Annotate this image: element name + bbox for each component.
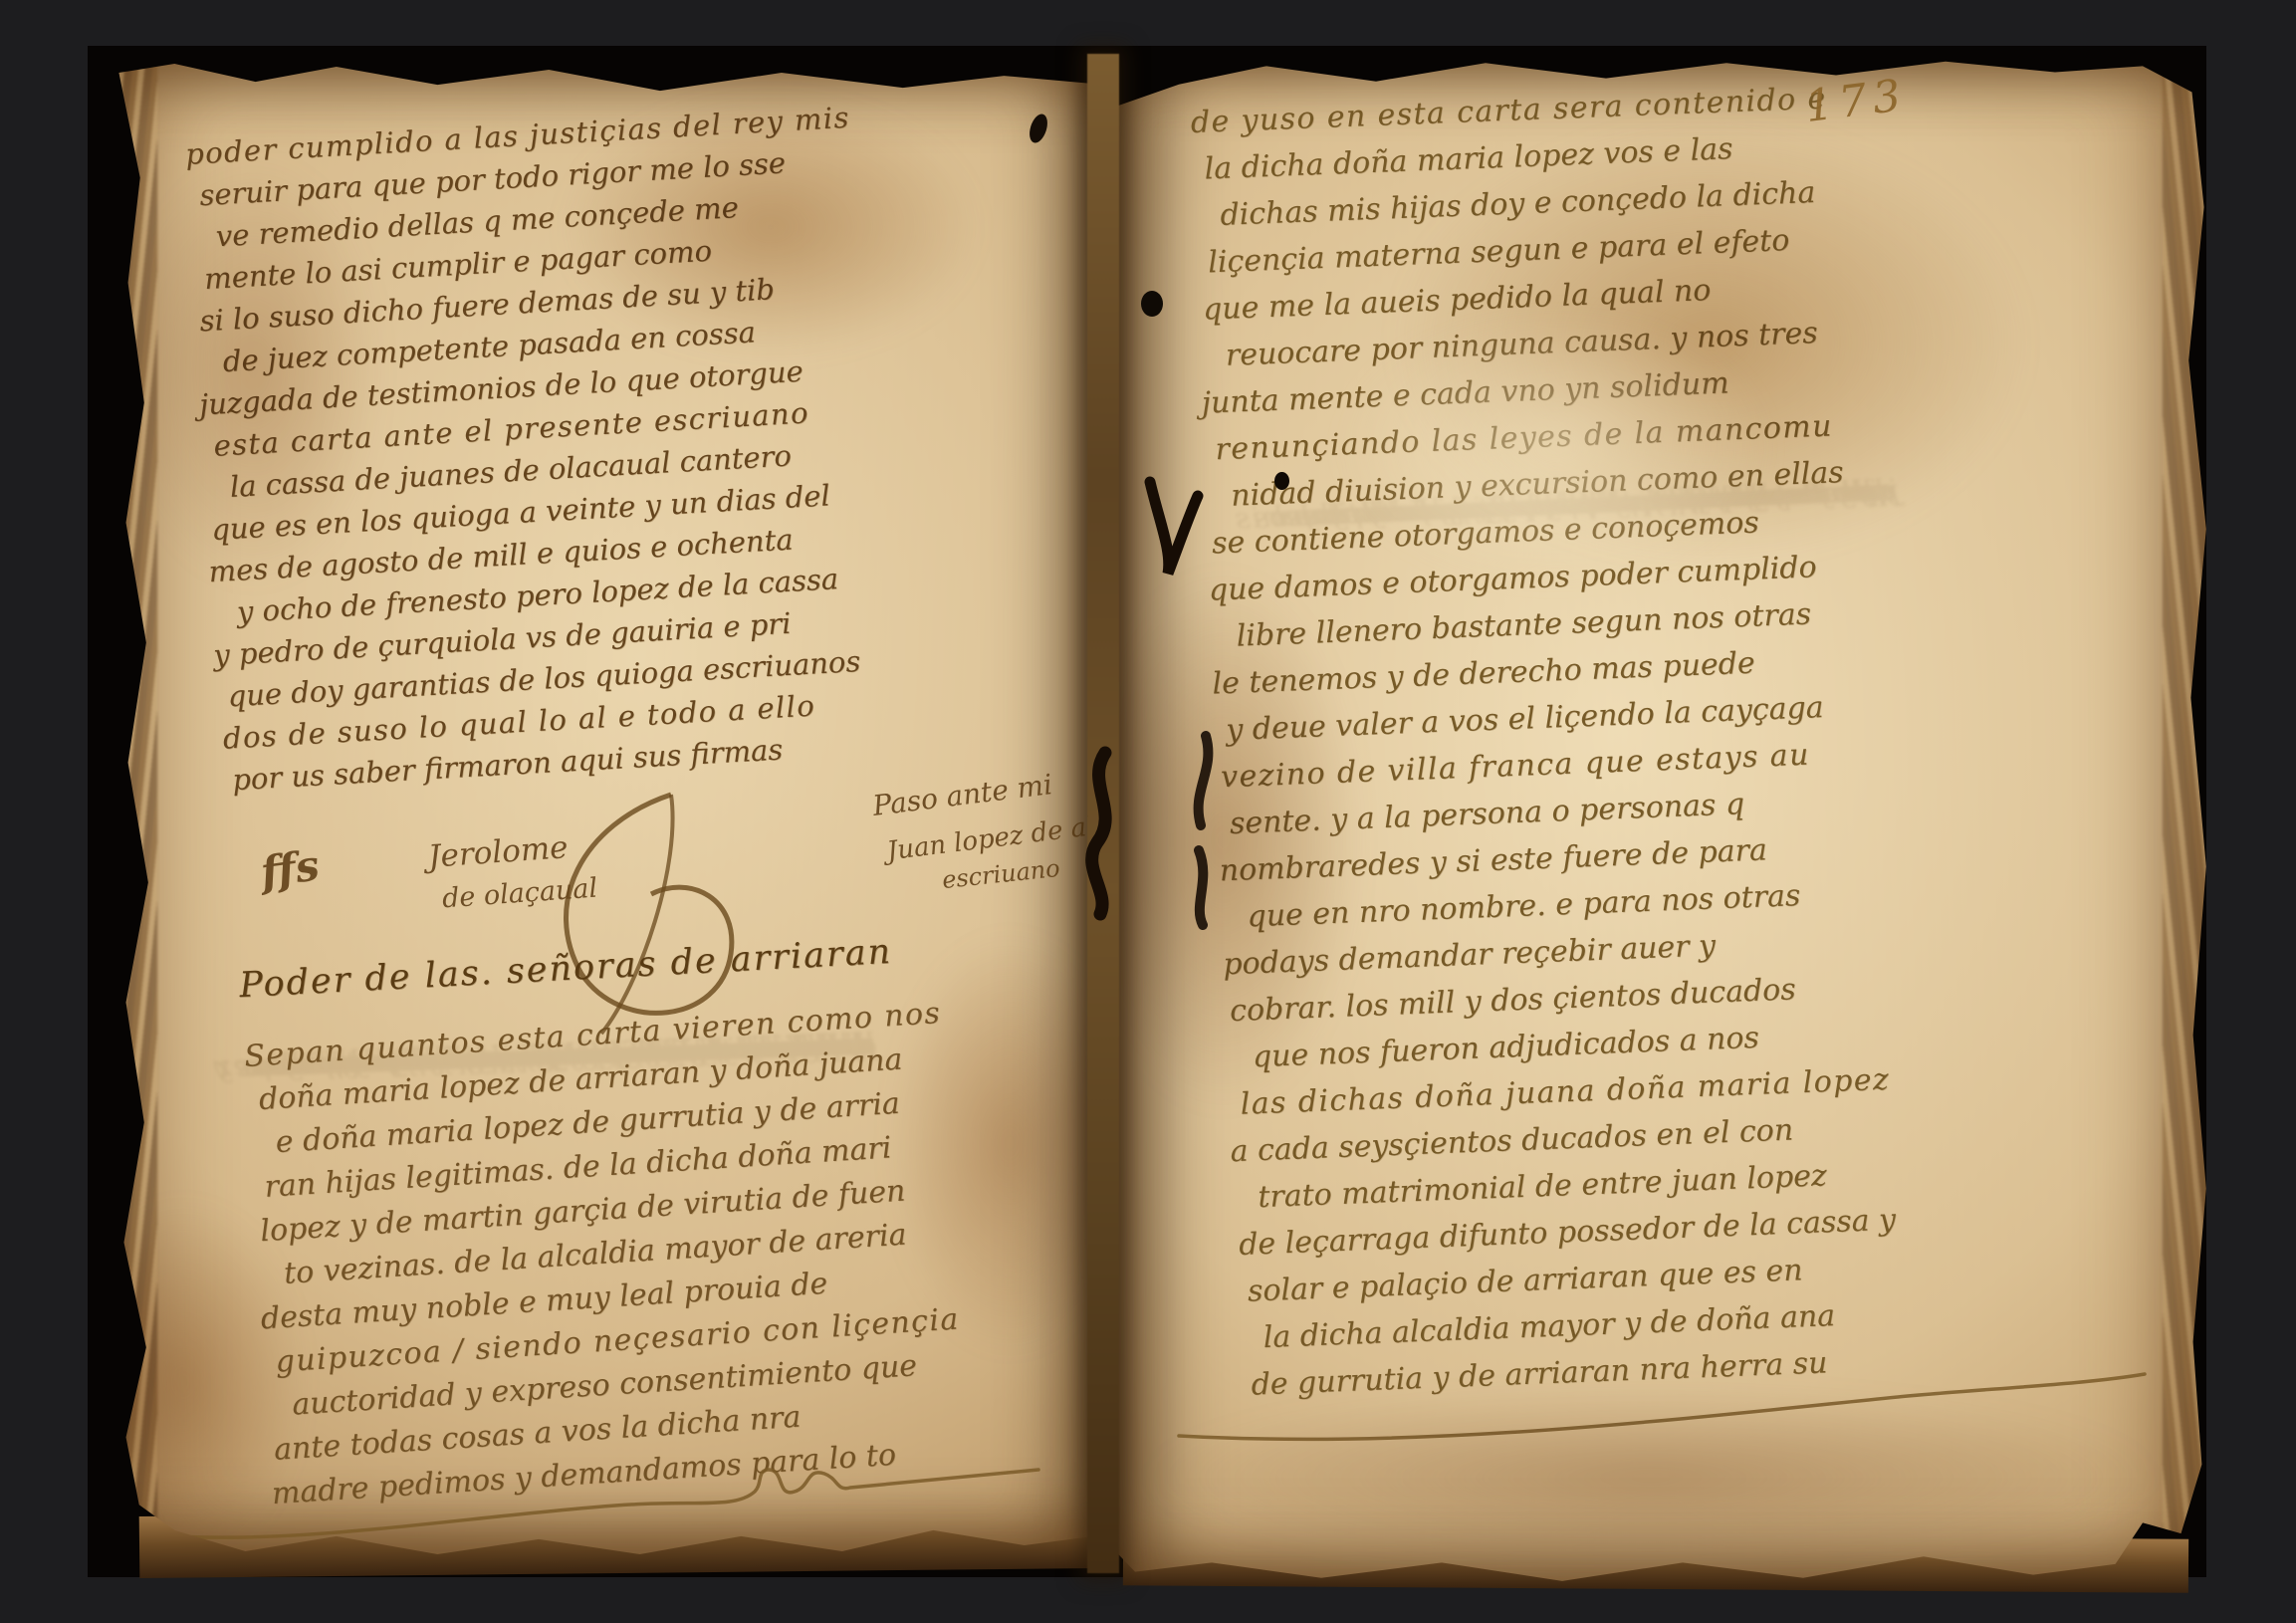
ink-blot [1138,474,1208,593]
left-page-lower-text: Sepan quantos esta carta vieren como nos… [243,992,970,1516]
notary-attestation: Paso ante mi [871,768,1054,822]
water-stain [562,98,980,356]
witness-paraph: ffs [258,840,323,897]
right-page: poder cumplido a las justiçias del rey m… [1113,54,2208,1587]
ink-blot [1141,291,1163,317]
binding-tie [1075,743,1135,922]
left-page: de yuso en esta carta sera contenido ela… [94,58,1105,1557]
notary-title: escriuano [941,854,1061,894]
water-stain [123,157,382,585]
water-stain [1342,313,1770,581]
photo-backdrop: de yuso en esta carta sera contenido ela… [88,46,2206,1577]
folio-number: 173 [1802,70,1909,132]
ink-blot [1274,472,1289,490]
binding-tie [1181,731,1231,930]
water-stain [1143,1388,2159,1567]
